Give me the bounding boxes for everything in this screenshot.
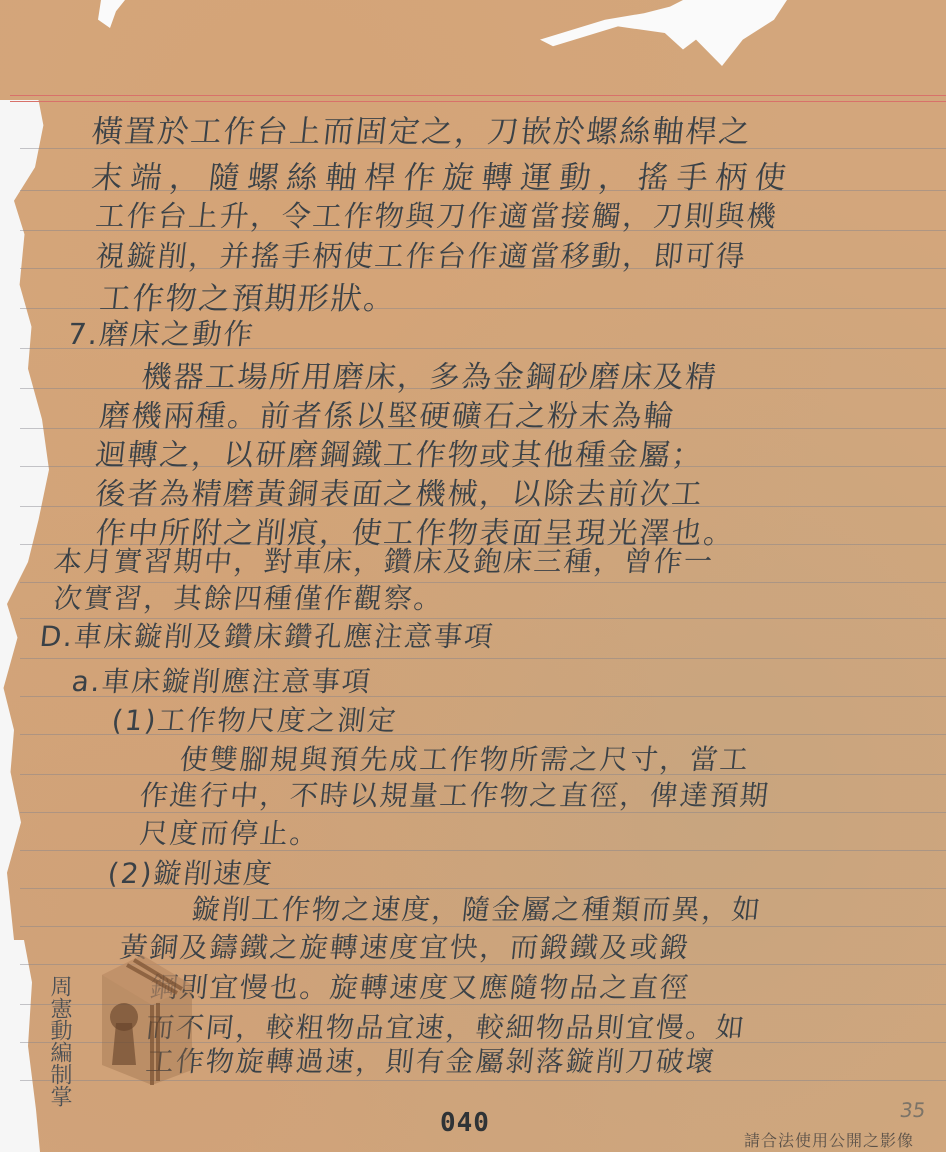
text-line: 次實習，其餘四種僅作觀察。 xyxy=(52,577,446,617)
text-line: 工作台上升，令工作物與刀作適當接觸，刀則與機 xyxy=(94,194,780,235)
header-red-rule xyxy=(10,95,946,102)
text-line: 末端，隨螺絲軸桿作旋轉運動，搖手柄使 xyxy=(90,152,797,197)
side-note-signature: 周憲動編制掌 xyxy=(44,975,72,1107)
page-number: 040 xyxy=(440,1108,490,1138)
text-line: 視鏇削，并搖手柄使工作台作適當移動，即可得 xyxy=(94,234,749,275)
paper-tear-top-left xyxy=(95,0,125,28)
section-heading: 7.磨床之動作 xyxy=(66,312,257,353)
text-line: 黃銅及鑄鐵之旋轉速度宜快，而鍛鐵及或鍛 xyxy=(118,926,692,966)
paper-tear-top-right xyxy=(540,0,800,66)
ruled-line xyxy=(20,658,946,659)
archive-keyhole-logo-icon xyxy=(82,955,192,1085)
item-heading: (2)鏇削速度 xyxy=(106,852,276,892)
corner-folio-mark: 35 xyxy=(898,1098,927,1122)
text-line: 機器工場所用磨床，多為金鋼砂磨床及精 xyxy=(140,352,721,396)
text-line: 鋼則宜慢也。旋轉速度又應隨物品之直徑 xyxy=(148,966,692,1006)
text-line: 本月實習期中，對車床，鑽床及鉋床三種，曾作一 xyxy=(52,540,716,580)
subsection-heading: D.車床鏇削及鑽床鑽孔應注意事項 xyxy=(38,615,497,655)
text-line: 使雙腳規與預先成工作物所需之尺寸，當工 xyxy=(178,738,752,778)
text-line: 尺度而停止。 xyxy=(138,812,322,852)
text-line: 磨機兩種。前者係以堅硬礦石之粉末為輪 xyxy=(98,391,679,435)
item-heading: (1)工作物尺度之測定 xyxy=(110,699,400,739)
paper-tear-bottom-left xyxy=(0,940,40,1152)
usage-watermark: 請合法使用公開之影像 xyxy=(744,1128,914,1151)
text-line: 迴轉之，以研磨鋼鐵工作物或其他種金屬； xyxy=(94,430,707,474)
text-line: 鏇削工作物之速度，隨金屬之種類而異，如 xyxy=(190,888,764,928)
manuscript-page: 橫置於工作台上而固定之，刀嵌於螺絲軸桿之 末端，隨螺絲軸桿作旋轉運動，搖手柄使 … xyxy=(0,0,946,1152)
paper-tear-left xyxy=(0,100,70,940)
text-line: 工作物旋轉過速，則有金屬剝落鏇削刀破壞 xyxy=(144,1040,718,1080)
subsection-heading: a.車床鏇削應注意事項 xyxy=(70,660,374,700)
text-line: 橫置於工作台上而固定之，刀嵌於螺絲軸桿之 xyxy=(90,106,755,151)
text-line: 後者為精磨黃銅表面之機械，以除去前次工 xyxy=(94,469,707,513)
text-line: 作進行中，不時以規量工作物之直徑，俾達預期 xyxy=(138,774,772,814)
